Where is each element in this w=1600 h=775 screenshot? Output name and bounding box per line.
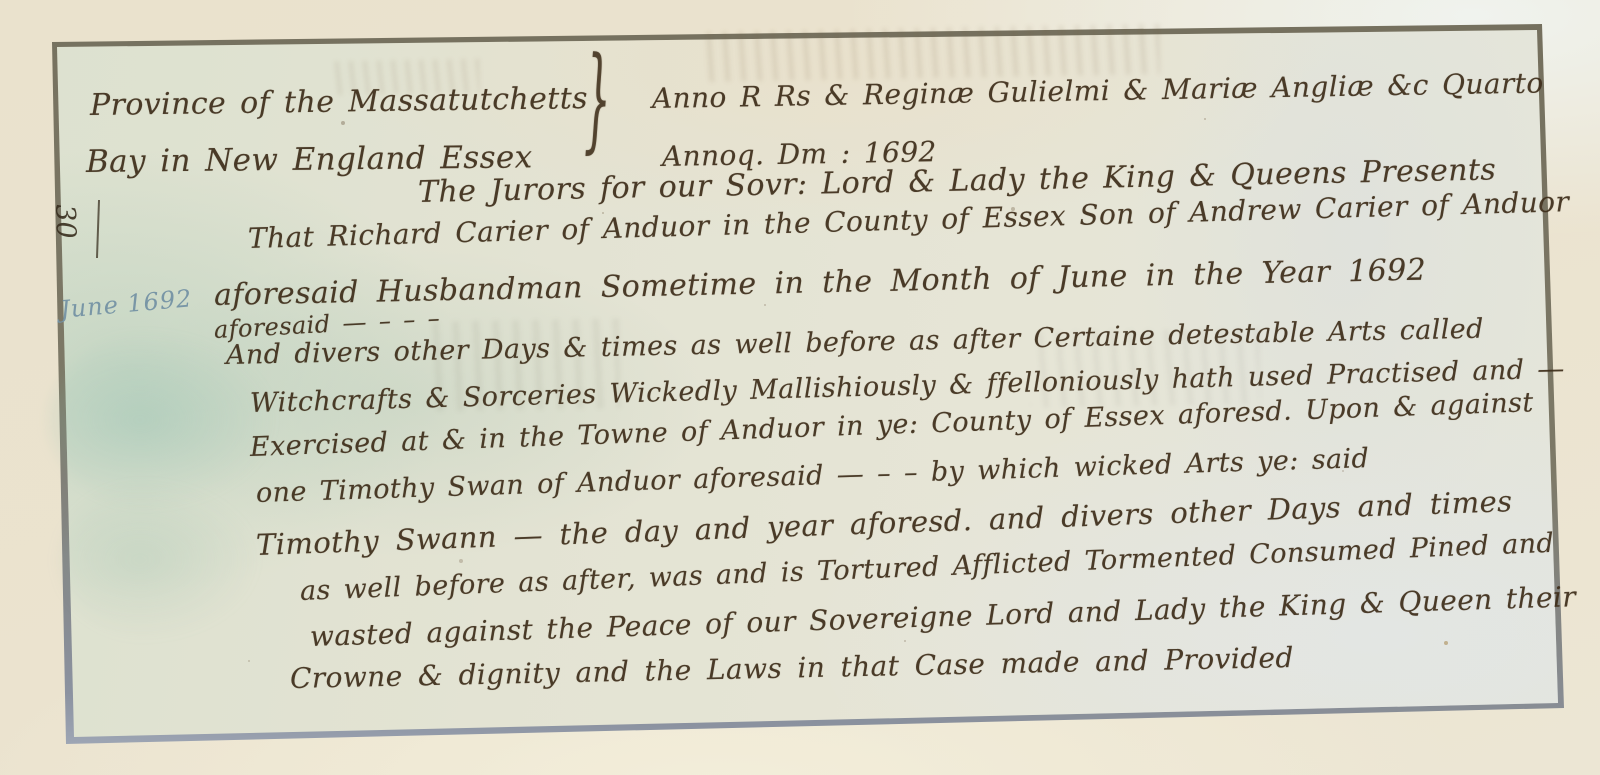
foxing-specks [0,0,2,2]
header-province-line1: Province of the Massatutchetts [90,81,588,123]
photograph-background: Province of the Massatutchetts } Anno R … [0,0,1600,775]
docket-number: 30 [49,204,81,239]
ink-bleed-through [700,24,1161,82]
green-stain [60,480,260,640]
curly-brace: } [584,32,611,164]
